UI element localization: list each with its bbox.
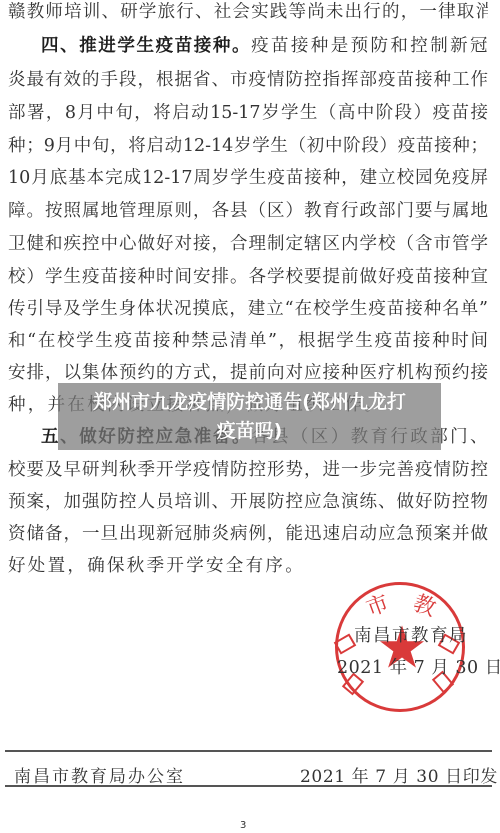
body-line-16: 预案，加强防控人员培训、开展防控应急演练、做好防控物 bbox=[8, 490, 488, 514]
footer-rule-bottom bbox=[5, 785, 492, 787]
body-line-17: 资储备，一旦出现新冠肺炎病例，能迅速启动应急预案并做 bbox=[8, 522, 488, 546]
body-line-4: 部署，8月中旬，将启动15-17岁学生（高中阶段）疫苗接 bbox=[8, 101, 488, 125]
body-line-7: 障。按照属地管理原则，各县（区）教育行政部门要与属地 bbox=[8, 199, 488, 223]
stamp-mark-left bbox=[334, 633, 357, 654]
official-seal-stamp: 市 教 bbox=[335, 582, 465, 712]
body-line-10: 传引导及学生身体状况摸底，建立“在校学生疫苗接种名单” bbox=[8, 297, 488, 321]
stamp-char-1: 市 bbox=[361, 586, 392, 623]
section-4-paragraph-start: 四、推进学生疫苗接种。疫苗接种是预防和控制新冠肺 bbox=[41, 34, 488, 58]
body-line-6: 10月底基本完成12-17周岁学生疫苗接种，建立校园免疫屏 bbox=[8, 166, 488, 190]
body-line-3: 炎最有效的手段，根据省、市疫情防控指挥部疫苗接种工作 bbox=[8, 68, 488, 92]
article-title-line-2: 疫苗吗) bbox=[70, 417, 430, 446]
body-line-18: 好处置，确保秋季开学安全有序。 bbox=[8, 554, 488, 578]
page-number: 3 bbox=[240, 820, 246, 831]
body-line-9: 校）学生疫苗接种时间安排。各学校要提前做好疫苗接种宣 bbox=[8, 265, 488, 289]
document-page: 赣教师培训、研学旅行、社会实践等尚未出行的，一律取消。 四、推进学生疫苗接种。疫… bbox=[0, 0, 500, 833]
footer-issue-date: 2021 年 7 月 30 日印发 bbox=[300, 762, 498, 787]
section-4-text: 疫苗接种是预防和控制新冠肺 bbox=[251, 36, 488, 56]
signature-org: 南昌市教育局 bbox=[354, 622, 468, 647]
footer-rule-top bbox=[5, 750, 492, 752]
body-line-8: 卫健和疾控中心做好对接，合理制定辖区内学校（含市管学 bbox=[8, 232, 488, 256]
body-line-12: 安排，以集体预约的方式，提前向对应接种医疗机构预约接 bbox=[8, 361, 488, 385]
stamp-char-2: 教 bbox=[409, 586, 440, 623]
footer-issuer: 南昌市教育局办公室 bbox=[14, 762, 185, 787]
signature-date: 2021 年 7 月 30 日 bbox=[337, 654, 500, 679]
body-line-5: 种；9月中旬，将启动12-14岁学生（初中阶段）疫苗接种； bbox=[8, 134, 488, 158]
body-line-11: 和“在校学生疫苗接种禁忌清单”，根据学生疫苗接种时间 bbox=[8, 329, 488, 353]
section-4-heading: 四、推进学生疫苗接种。 bbox=[41, 36, 251, 56]
article-title-line-1: 郑州市九龙疫情防控通告(郑州九龙打 bbox=[70, 388, 430, 417]
article-title-overlay[interactable]: 郑州市九龙疫情防控通告(郑州九龙打 疫苗吗) bbox=[58, 383, 441, 450]
body-line-1: 赣教师培训、研学旅行、社会实践等尚未出行的，一律取消。 bbox=[8, 0, 488, 24]
body-line-15: 校要及早研判秋季开学疫情防控形势，进一步完善疫情防控 bbox=[8, 458, 488, 482]
